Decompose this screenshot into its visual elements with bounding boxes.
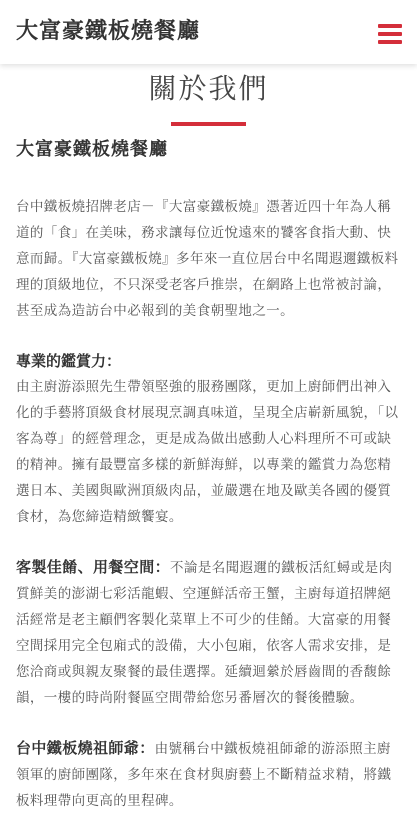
section-body: 不論是名聞遐邇的鐵板活紅蟳或是肉質鮮美的澎湖七彩活龍蝦、空運鮮活帝王蟹，主廚每道…	[16, 560, 392, 706]
page-title: 關於我們	[0, 72, 417, 106]
menu-bar	[378, 40, 402, 44]
section-appreciation: 專業的鑑賞力： 由主廚游添照先生帶領堅強的服務團隊，更加上廚師們出神入化的手藝將…	[16, 348, 402, 530]
intro-paragraph: 台中鐵板燒招牌老店－『大富豪鐵板燒』憑著近四十年為人稱道的「食」在美味，務求讓每…	[16, 194, 402, 324]
about-content: 大富豪鐵板燒餐廳 台中鐵板燒招牌老店－『大富豪鐵板燒』憑著近四十年為人稱道的「食…	[16, 138, 402, 800]
site-header: 大富豪鐵板燒餐廳	[0, 0, 417, 64]
section-heading: 台中鐵板燒祖師爺：	[16, 739, 155, 757]
menu-bar	[378, 32, 402, 36]
section-master-chef: 台中鐵板燒祖師爺：由號稱台中鐵板燒祖師爺的游添照主廚領軍的廚師團隊，多年來在食材…	[16, 735, 402, 800]
hamburger-menu-icon[interactable]	[378, 24, 402, 44]
section-body: 由主廚游添照先生帶領堅強的服務團隊，更加上廚師們出神入化的手藝將頂級食材展現烹調…	[16, 374, 402, 530]
restaurant-name-heading: 大富豪鐵板燒餐廳	[16, 138, 402, 162]
section-heading: 專業的鑑賞力：	[16, 348, 402, 374]
section-heading: 客製佳餚、用餐空間：	[16, 558, 170, 576]
brand-logo-text[interactable]: 大富豪鐵板燒餐廳	[16, 19, 200, 45]
section-custom-dishes: 客製佳餚、用餐空間：不論是名聞遐邇的鐵板活紅蟳或是肉質鮮美的澎湖七彩活龍蝦、空運…	[16, 554, 402, 711]
section-paragraph: 客製佳餚、用餐空間：不論是名聞遐邇的鐵板活紅蟳或是肉質鮮美的澎湖七彩活龍蝦、空運…	[16, 554, 402, 711]
menu-bar	[378, 24, 402, 28]
section-paragraph: 台中鐵板燒祖師爺：由號稱台中鐵板燒祖師爺的游添照主廚領軍的廚師團隊，多年來在食材…	[16, 735, 402, 800]
title-underline-divider	[171, 122, 246, 126]
